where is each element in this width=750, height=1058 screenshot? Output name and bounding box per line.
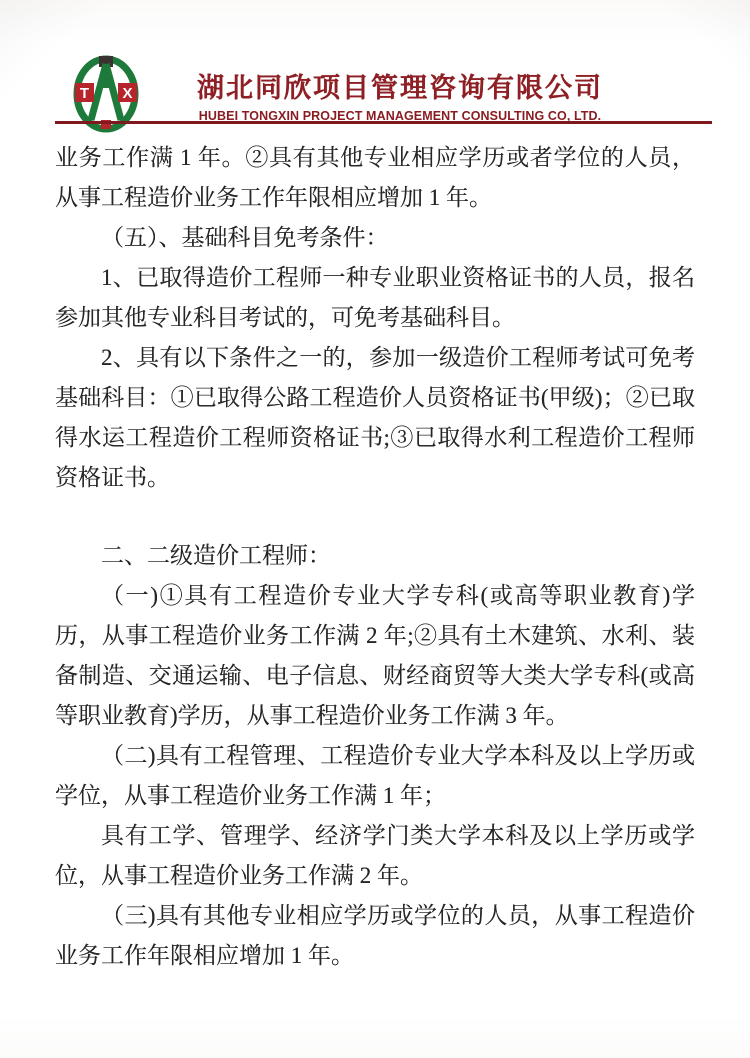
paragraph-item-2: 2、具有以下条件之一的，参加一级造价工程师考试可免考基础科目：①已取得公路工程造… bbox=[55, 338, 695, 498]
paragraph-item-2-3: （三)具有其他专业相应学历或学位的人员，从事工程造价业务工作年限相应增加 1 年… bbox=[55, 896, 695, 976]
company-name-zh: 湖北同欣项目管理咨询有限公司 bbox=[140, 66, 660, 105]
document-body: 业务工作满 1 年。②具有其他专业相应学历或者学位的人员，从事工程造价业务工作年… bbox=[0, 126, 750, 976]
header-divider bbox=[55, 121, 712, 124]
document-page: T X 湖北同欣项目管理咨询有限公司 HUBEI TONGXIN PROJECT… bbox=[0, 0, 750, 1058]
paragraph-section-5-heading: （五）、基础科目免考条件： bbox=[55, 218, 695, 258]
logo-letter-t: T bbox=[80, 85, 89, 102]
paragraph-item-2-2b: 具有工学、管理学、经济学门类大学本科及以上学历或学位，从事工程造价业务工作满 2… bbox=[55, 816, 695, 896]
paragraph-item-2-2: （二)具有工程管理、工程造价专业大学本科及以上学历或学位，从事工程造价业务工作满… bbox=[55, 736, 695, 816]
logo-letter-x: X bbox=[122, 85, 132, 102]
company-title-block: 湖北同欣项目管理咨询有限公司 HUBEI TONGXIN PROJECT MAN… bbox=[140, 66, 660, 123]
paragraph-item-1: 1、已取得造价工程师一种专业职业资格证书的人员，报名参加其他专业科目考试的，可免… bbox=[55, 258, 695, 338]
paragraph-continuation: 业务工作满 1 年。②具有其他专业相应学历或者学位的人员，从事工程造价业务工作年… bbox=[55, 138, 695, 218]
paragraph-section-2-heading: 二、二级造价工程师： bbox=[55, 536, 695, 576]
paragraph-item-2-1: （一)①具有工程造价专业大学专科(或高等职业教育)学历，从事工程造价业务工作满 … bbox=[55, 576, 695, 736]
letterhead: T X 湖北同欣项目管理咨询有限公司 HUBEI TONGXIN PROJECT… bbox=[0, 0, 750, 126]
